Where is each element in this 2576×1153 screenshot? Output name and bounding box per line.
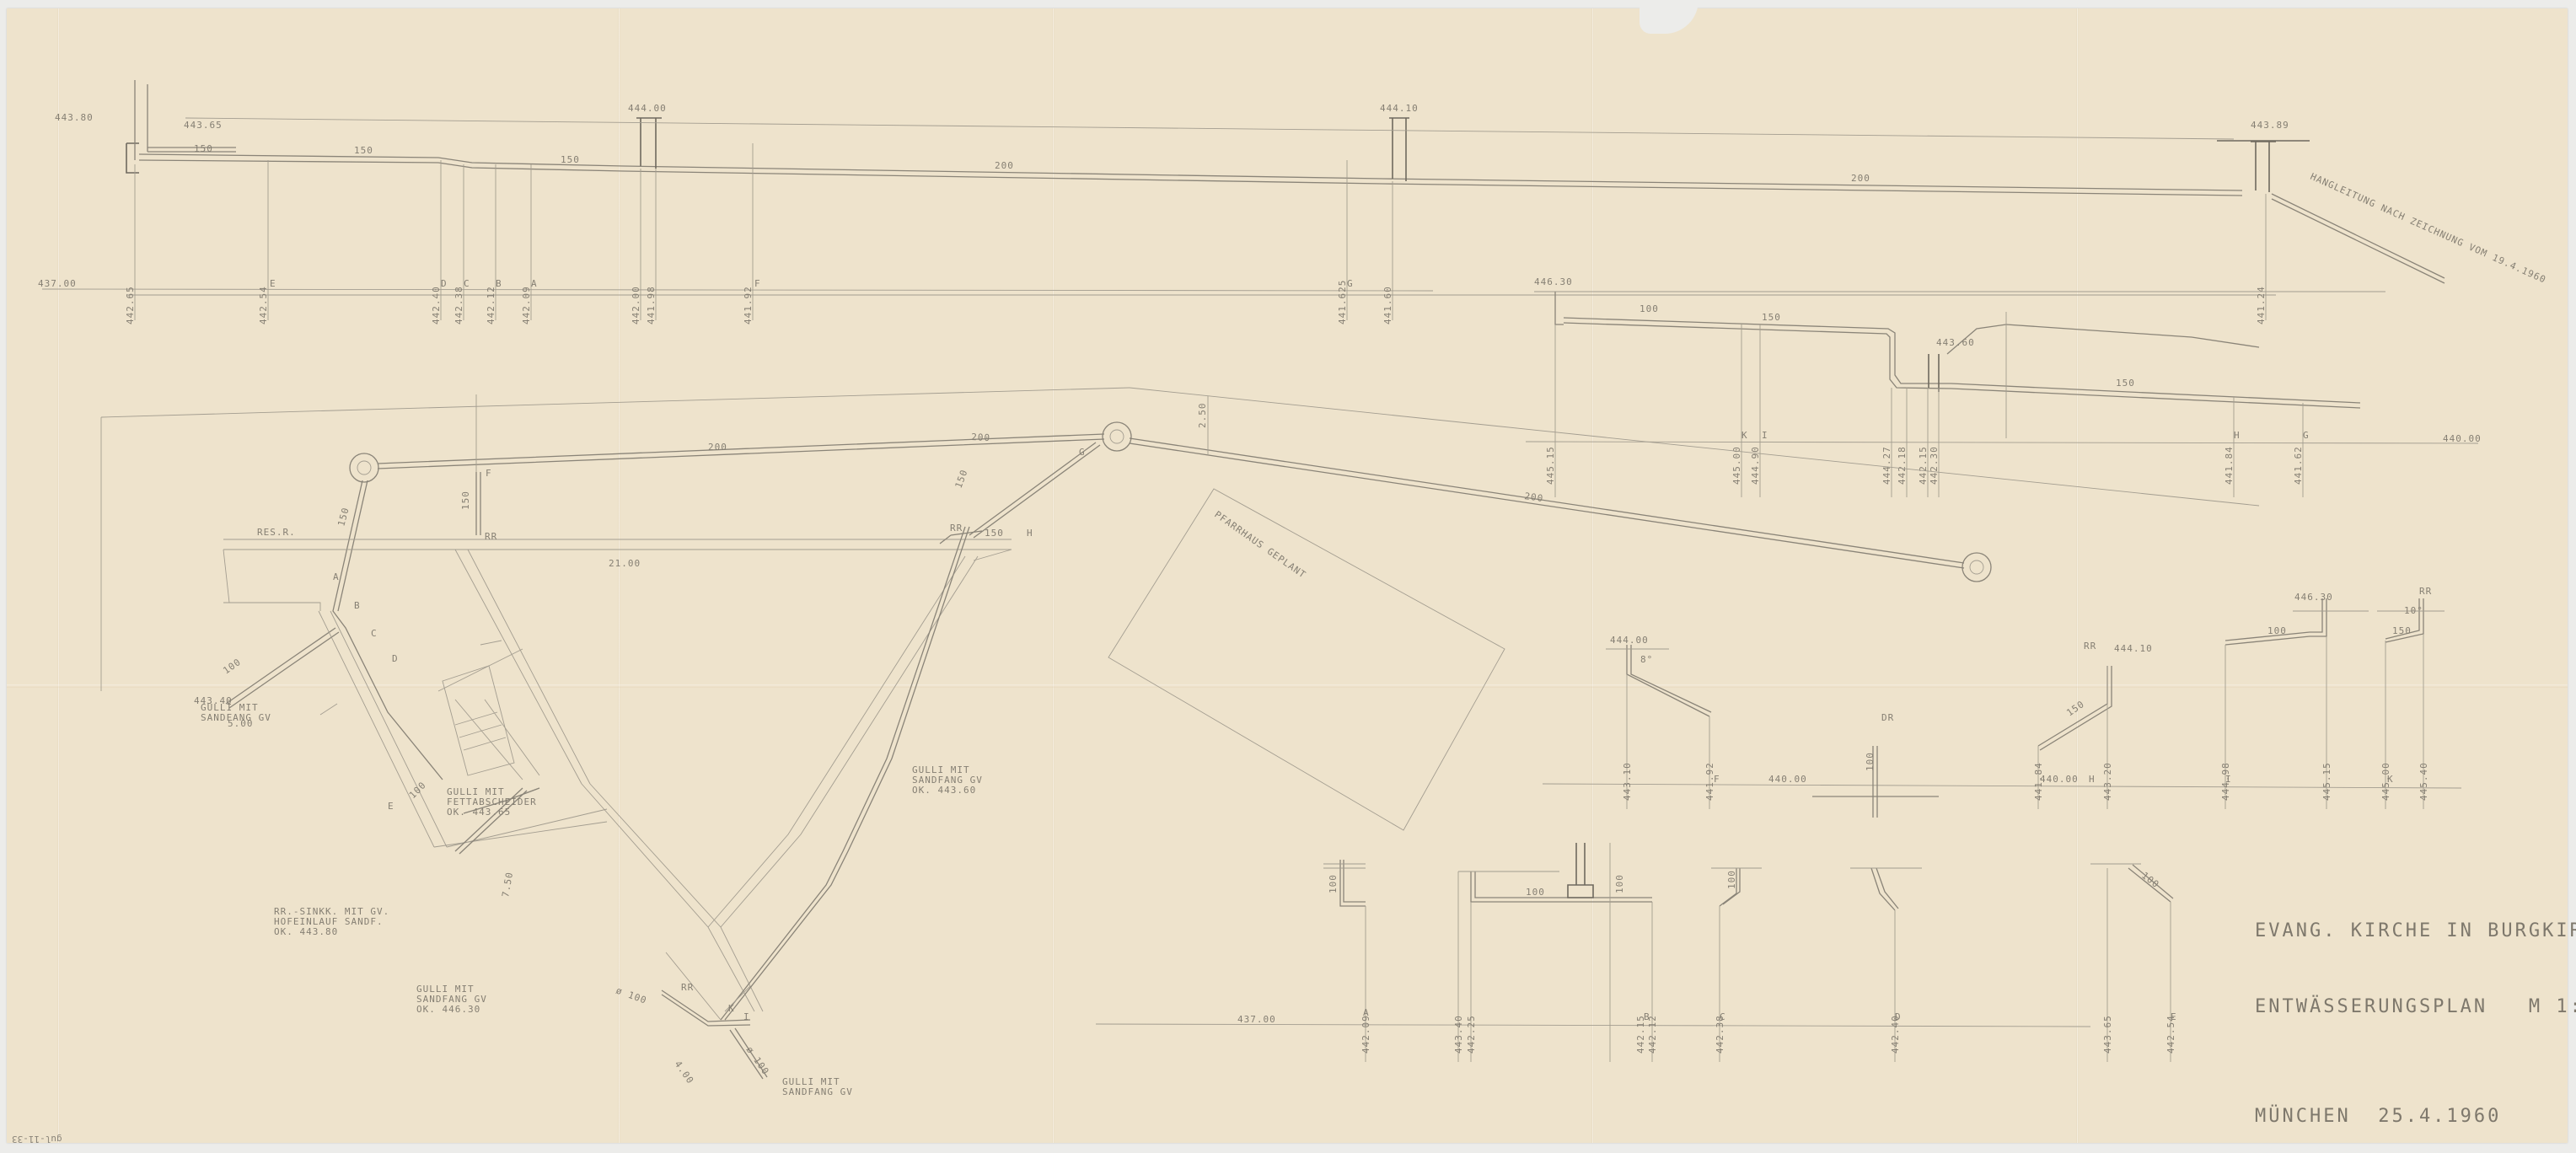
pipe-diameter-label: 150 xyxy=(354,145,373,156)
pipe-diameter-label: 150 xyxy=(1762,312,1781,323)
svg-text:SANDFANG GV: SANDFANG GV xyxy=(782,1086,853,1097)
datum-label: 440.00 xyxy=(1768,774,1807,785)
pipe-diameter-label: 100 xyxy=(1640,303,1659,314)
station-label: I xyxy=(1762,430,1768,441)
plan-view: 200 200 200 150 150 150 150 100 100 ø 10… xyxy=(101,388,2259,1097)
bottom-detail-sections: 437.00 A B C D E 100 100 100 100 100 442… xyxy=(1096,843,2177,1062)
invert-level-label: 442.25 xyxy=(1466,1015,1477,1054)
station-label: H xyxy=(2234,430,2241,441)
station-label: G xyxy=(1347,278,1354,289)
invert-level-label: 443.65 xyxy=(2102,1015,2113,1054)
invert-level-label: 443.20 xyxy=(2102,762,2113,801)
annotation-gully-fettabscheider: GULLI MIT FETTABSCHEIDER OK. 443.65 xyxy=(447,786,537,818)
invert-level-label: 442.12 xyxy=(486,286,496,324)
pipe-diameter-label: 200 xyxy=(1524,491,1544,504)
cover-level-label: 444.00 xyxy=(628,103,667,114)
invert-level-label: 442.09 xyxy=(1360,1015,1371,1054)
cover-level-label: 446.30 xyxy=(1534,276,1573,287)
point-label: C xyxy=(371,628,378,639)
station-label: B xyxy=(496,278,502,289)
invert-level-label: 441.92 xyxy=(743,286,754,324)
invert-level-label: 445.40 xyxy=(2418,762,2429,801)
pipe-diameter-label: 100 xyxy=(1328,874,1339,893)
station-label: D xyxy=(441,278,448,289)
point-label: K xyxy=(728,1003,735,1014)
invert-level-label: 441.92 xyxy=(1704,762,1715,801)
invert-level-label: 442.09 xyxy=(521,286,532,324)
invert-level-label: 441.84 xyxy=(2224,446,2235,485)
cover-level-label: 443.80 xyxy=(55,112,94,123)
pipe-diameter-label: 150 xyxy=(2064,699,2086,719)
rr-label: RR xyxy=(2419,586,2432,597)
point-label: A xyxy=(333,571,340,582)
point-label: G xyxy=(1079,447,1086,458)
station-label: G xyxy=(2303,430,2310,441)
station-label: A xyxy=(531,278,538,289)
angle-label: 8° xyxy=(1640,654,1653,665)
point-label: F xyxy=(486,468,492,479)
dimension-label: 21.00 xyxy=(609,558,641,569)
invert-level-label: 441.625 xyxy=(1337,280,1348,324)
pipe-diameter-label: 150 xyxy=(561,154,580,165)
svg-text:SANDFANG GV: SANDFANG GV xyxy=(201,712,271,723)
cover-level-label: 444.10 xyxy=(1380,103,1419,114)
invert-level-label: 444.98 xyxy=(2220,762,2231,801)
overhang-pipe-note: HANGLEITUNG NACH ZEICHNUNG VOM 19.4.1960 xyxy=(2309,171,2548,286)
point-label: D xyxy=(392,653,399,664)
invert-level-label: 445.00 xyxy=(2380,762,2391,801)
invert-level-label: 442.00 xyxy=(631,286,641,324)
pipe-diameter-label: ø 100 xyxy=(614,985,648,1006)
pipe-diameter-label: 150 xyxy=(2392,625,2412,636)
pipe-diameter-label: 150 xyxy=(953,468,970,490)
rr-label: RES.R. xyxy=(257,527,296,538)
rr-label: RR xyxy=(681,982,694,993)
station-label: C xyxy=(464,278,470,289)
pipe-diameter-label: 100 xyxy=(1865,752,1876,771)
invert-level-label: 441.60 xyxy=(1382,286,1393,324)
title-block: EVANG. KIRCHE IN BURGKIRCHEN ENTWÄSSERUN… xyxy=(2255,868,2576,1153)
cover-level-label: 443.65 xyxy=(184,120,223,131)
svg-text:OK. 443.65: OK. 443.65 xyxy=(447,807,511,818)
station-label: F xyxy=(754,278,761,289)
pipe-diameter-label: 150 xyxy=(2116,378,2135,389)
dimension-label: 2.50 xyxy=(1197,403,1208,429)
invert-level-label: 442.54 xyxy=(2165,1015,2176,1054)
rr-label: RR xyxy=(2084,641,2096,652)
datum-label: 437.00 xyxy=(1237,1014,1276,1025)
project-title: EVANG. KIRCHE IN BURGKIRCHEN xyxy=(2255,919,2576,944)
invert-level-label: 442.40 xyxy=(1890,1015,1901,1054)
dimension-label: 7.50 xyxy=(500,871,515,898)
invert-level-label: 441.62 xyxy=(2293,446,2304,485)
pipe-diameter-label: 100 xyxy=(1726,870,1737,889)
invert-level-label: 442.54 xyxy=(258,286,269,324)
rr-label: RR xyxy=(950,523,963,534)
station-label: E xyxy=(270,278,276,289)
pipe-diameter-label: 100 xyxy=(1526,887,1545,898)
pipe-diameter-label: 100 xyxy=(1614,874,1625,893)
invert-level-label: 443.10 xyxy=(1622,762,1633,801)
invert-level-label: 442.40 xyxy=(431,286,442,324)
invert-level-label: 442.38 xyxy=(1715,1015,1725,1054)
invert-level-label: 441.98 xyxy=(646,286,657,324)
pipe-diameter-label: 150 xyxy=(194,143,213,154)
pfarrhaus-label: PFARRHAUS GEPLANT xyxy=(1212,509,1308,581)
pipe-diameter-label: 150 xyxy=(985,528,1004,539)
invert-level-label: 442.15 xyxy=(1635,1015,1646,1054)
pipe-diameter-label: 200 xyxy=(708,442,727,453)
angle-label: 10° xyxy=(2404,605,2423,616)
drawing-title: ENTWÄSSERUNGSPLAN M 1:100 xyxy=(2255,995,2576,1020)
datum-label: 440.00 xyxy=(2040,774,2079,785)
invert-level-label: 442.38 xyxy=(453,286,464,324)
cover-level-label: 443.60 xyxy=(1936,337,1975,348)
invert-level-label: 444.27 xyxy=(1881,446,1892,485)
pipe-diameter-label: 150 xyxy=(335,506,351,527)
pipe-diameter-label: 200 xyxy=(1851,173,1870,184)
invert-level-label: 443.40 xyxy=(1453,1015,1464,1054)
invert-level-label: 445.15 xyxy=(2321,762,2332,801)
pipe-diameter-label: 200 xyxy=(995,160,1014,171)
middle-detail-sections: 444.00 444.10 446.30 F H I K 440.00 440.… xyxy=(1543,586,2461,818)
invert-level-label: 442.65 xyxy=(125,286,136,324)
top-longitudinal-section: 443.80 443.65 444.00 444.10 443.89 150 1… xyxy=(38,80,2548,324)
station-label: H xyxy=(2089,774,2096,785)
svg-text:OK. 443.80: OK. 443.80 xyxy=(274,926,338,937)
cover-level-label: 446.30 xyxy=(2294,592,2333,603)
annotation-gully-3: GULLI MIT SANDFANG GV OK. 446.30 xyxy=(416,984,487,1015)
cover-level-label: 443.89 xyxy=(2251,120,2289,131)
invert-level-label: 441.84 xyxy=(2033,762,2044,801)
invert-level-label: 444.90 xyxy=(1750,446,1761,485)
invert-level-label: 442.18 xyxy=(1897,446,1908,485)
annotation-gully-4: GULLI MIT SANDFANG GV xyxy=(782,1076,853,1097)
point-label: B xyxy=(354,600,361,611)
annotation-gully-2: GULLI MIT SANDFANG GV OK. 443.60 xyxy=(912,764,983,796)
invert-level-label: 442.12 xyxy=(1647,1015,1658,1054)
archive-mark: gul-11-33 xyxy=(12,1134,62,1145)
svg-text:OK. 443.60: OK. 443.60 xyxy=(912,785,976,796)
pipe-diameter-label: 150 xyxy=(460,491,471,510)
datum-label: 437.00 xyxy=(38,278,77,289)
cover-level-label: 444.10 xyxy=(2114,643,2153,654)
rr-label: RR xyxy=(485,531,497,542)
invert-level-label: 442.30 xyxy=(1929,446,1940,485)
right-longitudinal-section: 446.30 443.60 100 150 150 440.00 K I H G… xyxy=(1526,276,2482,497)
invert-level-label: 442.15 xyxy=(1918,446,1929,485)
station-label: K xyxy=(1741,430,1748,441)
pipe-diameter-label: 100 xyxy=(2267,625,2287,636)
place-date: MÜNCHEN 25.4.1960 xyxy=(2255,1104,2576,1129)
dr-label: DR xyxy=(1881,712,1894,723)
cover-level-label: 444.00 xyxy=(1610,635,1649,646)
annotation-rr-sinkkasten: RR.-SINKK. MIT GV. HOFEINLAUF SANDF. OK.… xyxy=(274,906,389,937)
invert-level-label: 445.15 xyxy=(1545,446,1556,485)
pipe-diameter-label: 100 xyxy=(221,657,243,677)
point-label: H xyxy=(1027,528,1033,539)
drawing-canvas: 443.80 443.65 444.00 444.10 443.89 150 1… xyxy=(0,0,2576,1153)
pipe-diameter-label: ø 100 xyxy=(744,1044,772,1077)
pipe-diameter-label: 100 xyxy=(2139,870,2161,890)
point-label: E xyxy=(388,801,394,812)
svg-text:OK. 446.30: OK. 446.30 xyxy=(416,1004,480,1015)
dimension-label: 4.00 xyxy=(673,1059,696,1086)
datum-label: 440.00 xyxy=(2443,433,2482,444)
point-label: I xyxy=(743,1011,750,1022)
pipe-diameter-label: 200 xyxy=(971,432,991,443)
